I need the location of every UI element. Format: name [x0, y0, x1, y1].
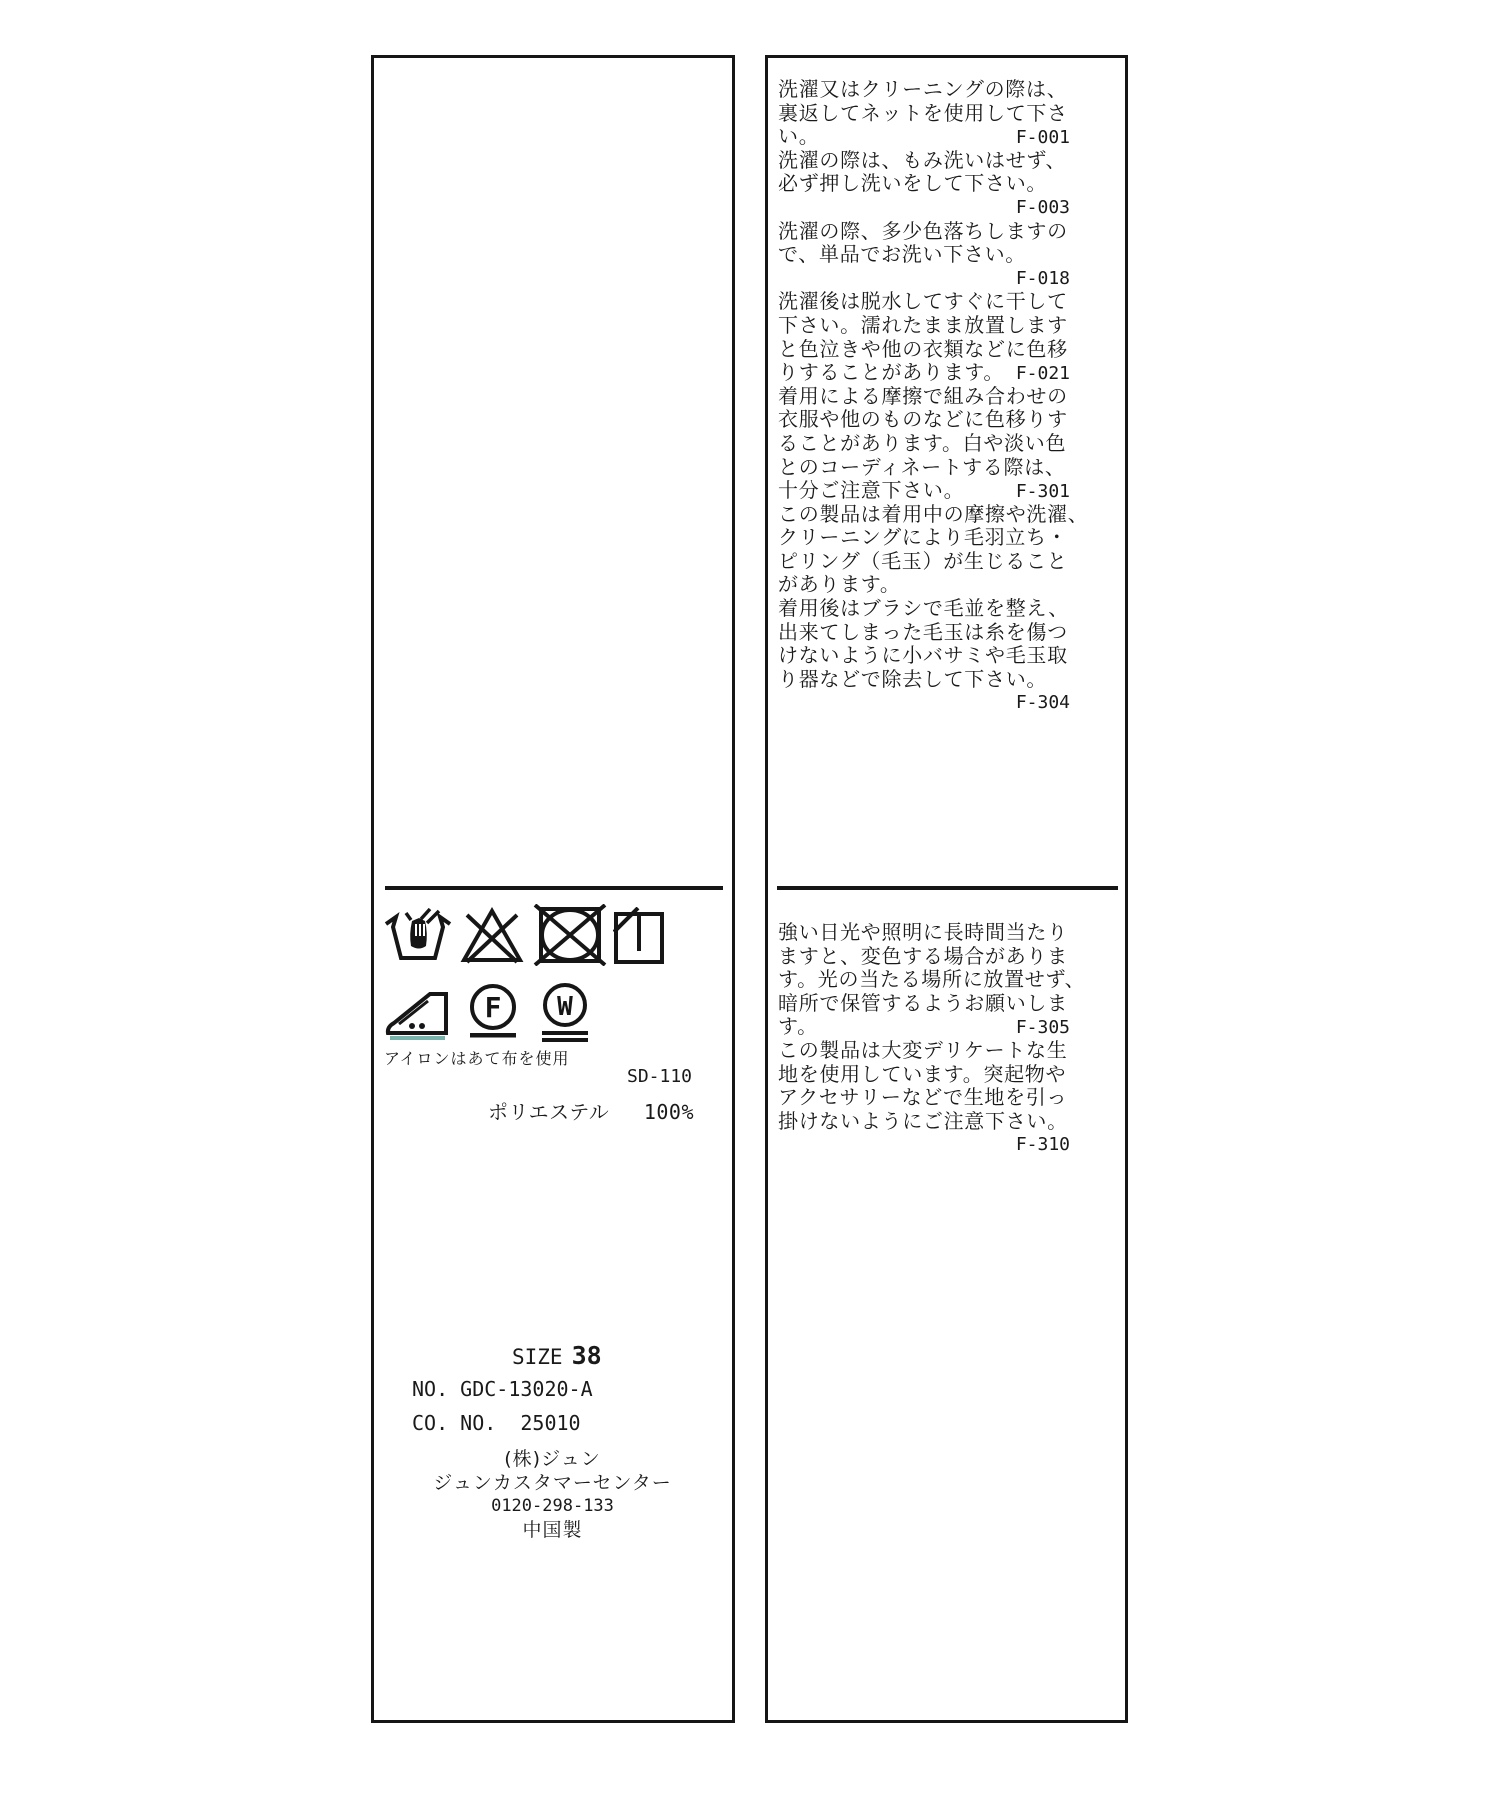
care-line-text: い。 — [778, 125, 819, 149]
wet-clean-W-icon: W — [540, 982, 590, 1044]
care-line: と色泣きや他の衣類などに色移 — [778, 338, 1070, 362]
care-line-text: りすることがあります。 — [778, 361, 1004, 385]
care-line-text: があります。 — [778, 573, 901, 597]
care-code: F-310 — [1016, 1133, 1070, 1157]
country-of-origin: 中国製 — [375, 1519, 730, 1543]
care-line-text: ることがあります。白や淡い色 — [778, 432, 1066, 456]
care-code: F-305 — [1016, 1016, 1070, 1040]
care-line: けないように小バサミや毛玉取 — [778, 644, 1070, 668]
care-line: 着用による摩擦で組み合わせの — [778, 385, 1070, 409]
line-dry-in-shade-icon — [613, 907, 665, 965]
care-line-text: この製品は大変デリケートな生 — [778, 1039, 1067, 1063]
care-line-text: けないように小バサミや毛玉取 — [778, 644, 1068, 668]
care-line: ピリング（毛玉）が生じること — [778, 550, 1070, 574]
care-line-text: とのコーディネートする際は、 — [778, 456, 1066, 480]
care-line: F-003 — [778, 196, 1070, 220]
care-line: 必ず押し洗いをして下さい。 — [778, 172, 1070, 196]
size-label: SIZE — [512, 1345, 563, 1369]
iron-with-cloth-icon — [384, 986, 452, 1044]
care-line: F-310 — [778, 1133, 1070, 1157]
care-line-text: 衣服や他のものなどに色移りす — [778, 408, 1068, 432]
care-line-text: 出来てしまった毛玉は糸を傷つ — [778, 621, 1068, 645]
care-line: す。F-305 — [778, 1015, 1070, 1039]
care-line: ることがあります。白や淡い色 — [778, 432, 1070, 456]
care-line: り器などで除去して下さい。 — [778, 668, 1070, 692]
company-block: (株)ジュン ジュンカスタマーセンター 0120-298-133 中国製 — [375, 1448, 730, 1542]
right-panel-divider — [777, 886, 1118, 890]
care-line-text: 裏返してネットを使用して下さ — [778, 102, 1068, 126]
care-line: F-018 — [778, 267, 1070, 291]
care-line-text: 洗濯の際は、もみ洗いはせず、 — [778, 149, 1066, 173]
care-line-text: クリーニングにより毛羽立ち・ — [778, 526, 1067, 550]
care-instructions-upper: 洗濯又はクリーニングの際は、裏返してネットを使用して下さい。F-001洗濯の際は… — [778, 78, 1070, 715]
care-line-text: アクセサリーなどで生地を引っ — [778, 1086, 1067, 1110]
material-name: ポリエステル — [488, 1096, 609, 1125]
hand-wash-icon — [383, 905, 453, 965]
material-percent: 100% — [644, 1100, 694, 1124]
care-line: 洗濯の際、多少色落ちしますの — [778, 220, 1070, 244]
care-line-text: 必ず押し洗いをして下さい。 — [778, 172, 1047, 196]
care-line: 十分ご注意下さい。F-301 — [778, 479, 1070, 503]
care-line: 出来てしまった毛玉は糸を傷つ — [778, 621, 1070, 645]
size-value: 38 — [572, 1341, 602, 1370]
care-line-text: この製品は着用中の摩擦や洗濯、 — [778, 503, 1089, 527]
care-line: F-304 — [778, 691, 1070, 715]
product-number: NO. GDC-13020-A — [412, 1377, 593, 1401]
care-line-text: 着用後はブラシで毛並を整え、 — [778, 597, 1069, 621]
care-line-text: り器などで除去して下さい。 — [778, 668, 1047, 692]
care-line: クリーニングにより毛羽立ち・ — [778, 526, 1070, 550]
care-line: りすることがあります。F-021 — [778, 361, 1070, 385]
care-line: アクセサリーなどで生地を引っ — [778, 1086, 1070, 1110]
iron-note: アイロンはあて布を使用 — [384, 1046, 570, 1069]
care-line: 強い日光や照明に長時間当たり — [778, 921, 1070, 945]
do-not-bleach-icon — [460, 907, 524, 965]
care-code: F-304 — [1016, 691, 1070, 715]
care-line-text: で、単品でお洗い下さい。 — [778, 243, 1026, 267]
care-line: 暗所で保管するようお願いしま — [778, 992, 1070, 1016]
customer-center: ジュンカスタマーセンター — [375, 1472, 730, 1496]
care-code: F-021 — [1016, 362, 1070, 386]
material-line: ポリエステル 100% — [488, 1096, 694, 1125]
care-line: で、単品でお洗い下さい。 — [778, 243, 1070, 267]
care-instructions-lower: 強い日光や照明に長時間当たりますと、変色する場合があります。光の当たる場所に放置… — [778, 921, 1070, 1157]
care-line: 洗濯又はクリーニングの際は、 — [778, 78, 1070, 102]
care-line: とのコーディネートする際は、 — [778, 456, 1070, 480]
care-line-text: 着用による摩擦で組み合わせの — [778, 385, 1068, 409]
care-line-text: 強い日光や照明に長時間当たり — [778, 921, 1068, 945]
care-line: 衣服や他のものなどに色移りす — [778, 408, 1070, 432]
care-line: 洗濯の際は、もみ洗いはせず、 — [778, 149, 1070, 173]
care-line-text: 洗濯の際、多少色落ちしますの — [778, 220, 1068, 244]
care-line-text: 洗濯又はクリーニングの際は、 — [778, 78, 1067, 102]
care-line: ますと、変色する場合がありま — [778, 945, 1070, 969]
do-not-tumble-dry-icon — [532, 904, 608, 966]
care-line: この製品は着用中の摩擦や洗濯、 — [778, 503, 1070, 527]
care-line-text: ますと、変色する場合がありま — [778, 945, 1068, 969]
care-line: 掛けないようにご注意下さい。 — [778, 1110, 1070, 1134]
dry-clean-F-icon: F — [467, 982, 519, 1040]
care-code: F-001 — [1016, 126, 1070, 150]
care-line: があります。 — [778, 573, 1070, 597]
care-line-text: 十分ご注意下さい。 — [778, 479, 964, 503]
care-line: 洗濯後は脱水してすぐに干して — [778, 290, 1070, 314]
care-code: F-003 — [1016, 196, 1070, 220]
care-code: F-301 — [1016, 480, 1070, 504]
company-name: (株)ジュン — [375, 1448, 730, 1472]
phone-number: 0120-298-133 — [375, 1495, 730, 1519]
care-line-text: す。 — [778, 1015, 818, 1039]
color-number: CO. NO. 25010 — [412, 1411, 581, 1435]
care-line: 下さい。濡れたまま放置します — [778, 314, 1070, 338]
size-line: SIZE 38 — [512, 1341, 602, 1370]
care-line-text: す。光の当たる場所に放置せず、 — [778, 968, 1085, 992]
care-line: この製品は大変デリケートな生 — [778, 1039, 1070, 1063]
care-line-text: 掛けないようにご注意下さい。 — [778, 1110, 1068, 1134]
care-line-text: 下さい。濡れたまま放置します — [778, 314, 1068, 338]
care-code: F-018 — [1016, 267, 1070, 291]
care-line: 裏返してネットを使用して下さ — [778, 102, 1070, 126]
circle-letter-f: F — [485, 991, 502, 1024]
care-line-text: 暗所で保管するようお願いしま — [778, 992, 1068, 1016]
care-line-text: と色泣きや他の衣類などに色移 — [778, 338, 1068, 362]
quality-code: SD-110 — [627, 1066, 692, 1087]
care-line: す。光の当たる場所に放置せず、 — [778, 968, 1070, 992]
care-line-text: 地を使用しています。突起物や — [778, 1063, 1066, 1087]
care-line: 着用後はブラシで毛並を整え、 — [778, 597, 1070, 621]
care-line-text: ピリング（毛玉）が生じること — [778, 550, 1067, 574]
care-line-text: 洗濯後は脱水してすぐに干して — [778, 290, 1068, 314]
care-line: 地を使用しています。突起物や — [778, 1063, 1070, 1087]
circle-letter-w: W — [557, 992, 573, 1022]
left-panel-divider — [385, 886, 723, 890]
care-line: い。F-001 — [778, 125, 1070, 149]
